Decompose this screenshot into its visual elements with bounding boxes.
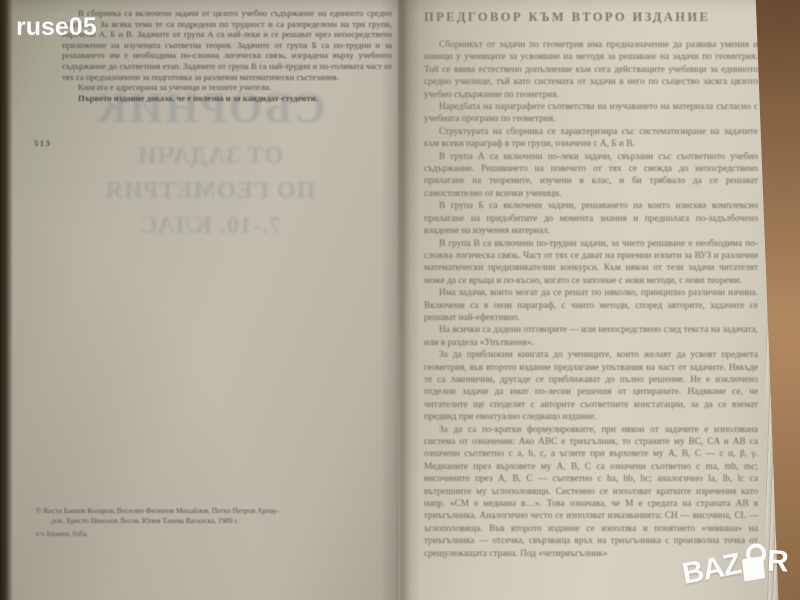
preface-paragraph: На всички са дадени отговорите — или неп… xyxy=(424,324,758,349)
preface-paragraph: Структурата на сборника се характеризира… xyxy=(424,126,758,151)
bag-body-icon xyxy=(742,556,765,581)
preface-paragraph: В група Б са включени задачи, решаването… xyxy=(424,200,758,237)
annotation-paragraph: В сборника са включени задачи от цялото … xyxy=(62,8,392,82)
annotation-line: Първото издание доказа, че е полезна и з… xyxy=(62,93,392,104)
copyright-line: дов, Христо Николов Лесов, Юлия Танева В… xyxy=(36,516,368,526)
seller-watermark: ruse05 xyxy=(16,13,97,42)
preface-section: ПРЕДГОВОР КЪМ ВТОРО ИЗДАНИЕ Сборникът от… xyxy=(424,10,758,560)
bazar-letters-after: R xyxy=(766,545,788,580)
copyright-line: © Коста Банков Коларов, Веселин Филипов … xyxy=(36,506,368,516)
preface-paragraph: Сборникът от задачи по геометрия има пре… xyxy=(424,39,758,101)
annotation-block: В сборника са включени задачи от цялото … xyxy=(62,8,392,103)
preface-heading: ПРЕДГОВОР КЪМ ВТОРО ИЗДАНИЕ xyxy=(424,10,758,25)
preface-paragraph: За да са по-кратки формулировките, при н… xyxy=(424,424,758,560)
copyright-block: © Коста Банков Коларов, Веселин Филипов … xyxy=(36,506,368,539)
preface-paragraph: В група В са включени по-трудни задачи, … xyxy=(424,238,758,288)
right-page: ПРЕДГОВОР КЪМ ВТОРО ИЗДАНИЕ Сборникът от… xyxy=(398,0,800,600)
copyright-line: c/o Jusautor, Sofia xyxy=(36,530,368,540)
preface-paragraph: За да приближим книгата до учениците, ко… xyxy=(424,349,758,423)
bazar-bag-icon xyxy=(742,553,766,580)
preface-paragraph: Има задачи, които могат да се решат по н… xyxy=(424,287,758,324)
left-edge-shadow xyxy=(0,0,13,600)
showthrough-line: ПО ГЕОМЕТРИЯ xyxy=(44,179,376,203)
annotation-line: Книгата е адресирана за ученици и технит… xyxy=(62,82,392,93)
page-number: 513 xyxy=(34,138,51,148)
left-page: СБОРНИК ОТ ЗАДАЧИ ПО ГЕОМЕТРИЯ 7.-10. КЛ… xyxy=(6,0,398,600)
showthrough-title: СБОРНИК ОТ ЗАДАЧИ ПО ГЕОМЕТРИЯ 7.-10. КЛ… xyxy=(44,84,376,238)
preface-paragraph: В група А са включени по-леки задачи, св… xyxy=(424,151,758,201)
showthrough-line: 7.-10. КЛАС xyxy=(44,214,376,238)
showthrough-line: ОТ ЗАДАЧИ xyxy=(44,144,376,168)
preface-paragraph: Наредбата на параграфите съответства на … xyxy=(424,101,758,126)
